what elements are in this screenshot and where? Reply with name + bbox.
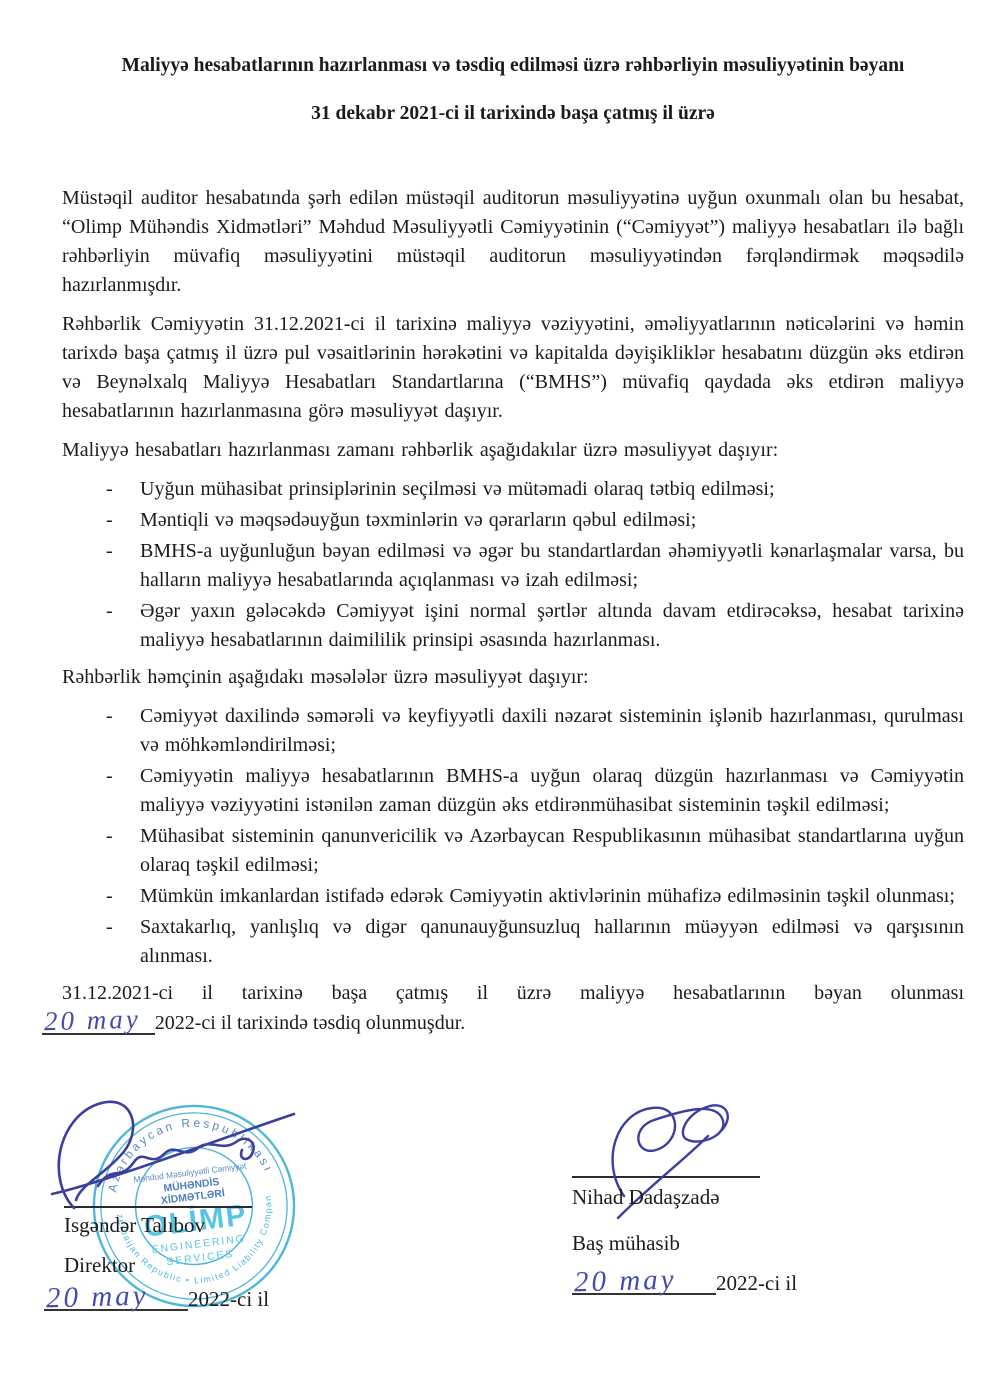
director-signature: [44, 1088, 316, 1230]
list-item: Cəmiyyətin maliyyə hesabatlarının BMHS-a…: [104, 762, 964, 820]
list-item: BMHS-a uyğunluğun bəyan edilməsi və əgər…: [104, 537, 964, 595]
director-role: Direktor: [64, 1252, 135, 1278]
closing-statement-rest: 2022-ci il tarixində təsdiq olunmuşdur.: [155, 1012, 466, 1034]
document-page: Maliyyə hesabatlarının hazırlanması və t…: [0, 0, 1000, 1376]
responsibility-list-intro: Maliyyə hesabatları hazırlanması zamanı …: [62, 436, 964, 465]
director-printed-year: 2022-ci il: [188, 1287, 269, 1311]
additional-list-intro: Rəhbərlik həmçinin aşağıdakı məsələlər ü…: [62, 663, 964, 692]
director-date-line: 20 may2022-ci il: [44, 1286, 269, 1312]
responsibility-list: Uyğun mühasibat prinsiplərinin seçilməsi…: [104, 475, 964, 655]
closing-statement-line2: 20 may2022-ci il tarixində təsdiq olunmu…: [62, 1008, 964, 1039]
additional-responsibility-list: Cəmiyyət daxilində səmərəli və keyfiyyət…: [104, 702, 964, 971]
list-item: Məntiqli və məqsədəuyğun təxminlərin və …: [104, 506, 964, 535]
director-name: Isgəndər Talıbov: [64, 1212, 205, 1238]
list-item: Uyğun mühasibat prinsiplərinin seçilməsi…: [104, 475, 964, 504]
director-date-underline: 20 may: [44, 1286, 188, 1311]
list-item: Əgər yaxın gələcəkdə Cəmiyyət işini norm…: [104, 597, 964, 655]
document-title: Maliyyə hesabatlarının hazırlanması və t…: [40, 52, 986, 80]
director-handwritten-date: 20 may: [46, 1285, 149, 1310]
accountant-signature: [588, 1094, 748, 1232]
document-subtitle: 31 dekabr 2021-ci il tarixində başa çatm…: [62, 100, 964, 128]
signature-block-director: Azərbaycan Respublikası Azerbaijan Repub…: [62, 1108, 502, 1370]
accountant-role: Baş mühasib: [572, 1230, 680, 1256]
closing-statement-line1: 31.12.2021-ci il tarixinə başa çatmış il…: [62, 979, 964, 1008]
list-item: Cəmiyyət daxilində səmərəli və keyfiyyət…: [104, 702, 964, 760]
accountant-printed-year: 2022-ci il: [716, 1271, 797, 1295]
signature-block-accountant: Nihad Dadaşzadə Baş mühasib 20 may2022-c…: [570, 1108, 990, 1370]
accountant-handwritten-date: 20 may: [574, 1269, 677, 1294]
list-item: Saxtakarlıq, yanlışlıq və digər qanunauy…: [104, 913, 964, 971]
accountant-date-line: 20 may2022-ci il: [572, 1270, 797, 1296]
paragraph-management-responsibility: Rəhbərlik Cəmiyyətin 31.12.2021-ci il ta…: [62, 310, 964, 426]
approval-date-underline: 20 may: [42, 1009, 155, 1035]
signature-section: Azərbaycan Respublikası Azerbaijan Repub…: [62, 1108, 964, 1370]
list-item: Mühasibat sisteminin qanunvericilik və A…: [104, 822, 964, 880]
paragraph-audit-distinction: Müstəqil auditor hesabatında şərh edilən…: [62, 184, 964, 300]
handwritten-approval-date: 20 may: [44, 1008, 141, 1033]
list-item: Mümkün imkanlardan istifadə edərək Cəmiy…: [104, 882, 964, 911]
accountant-date-underline: 20 may: [572, 1270, 716, 1295]
accountant-name: Nihad Dadaşzadə: [572, 1184, 720, 1210]
